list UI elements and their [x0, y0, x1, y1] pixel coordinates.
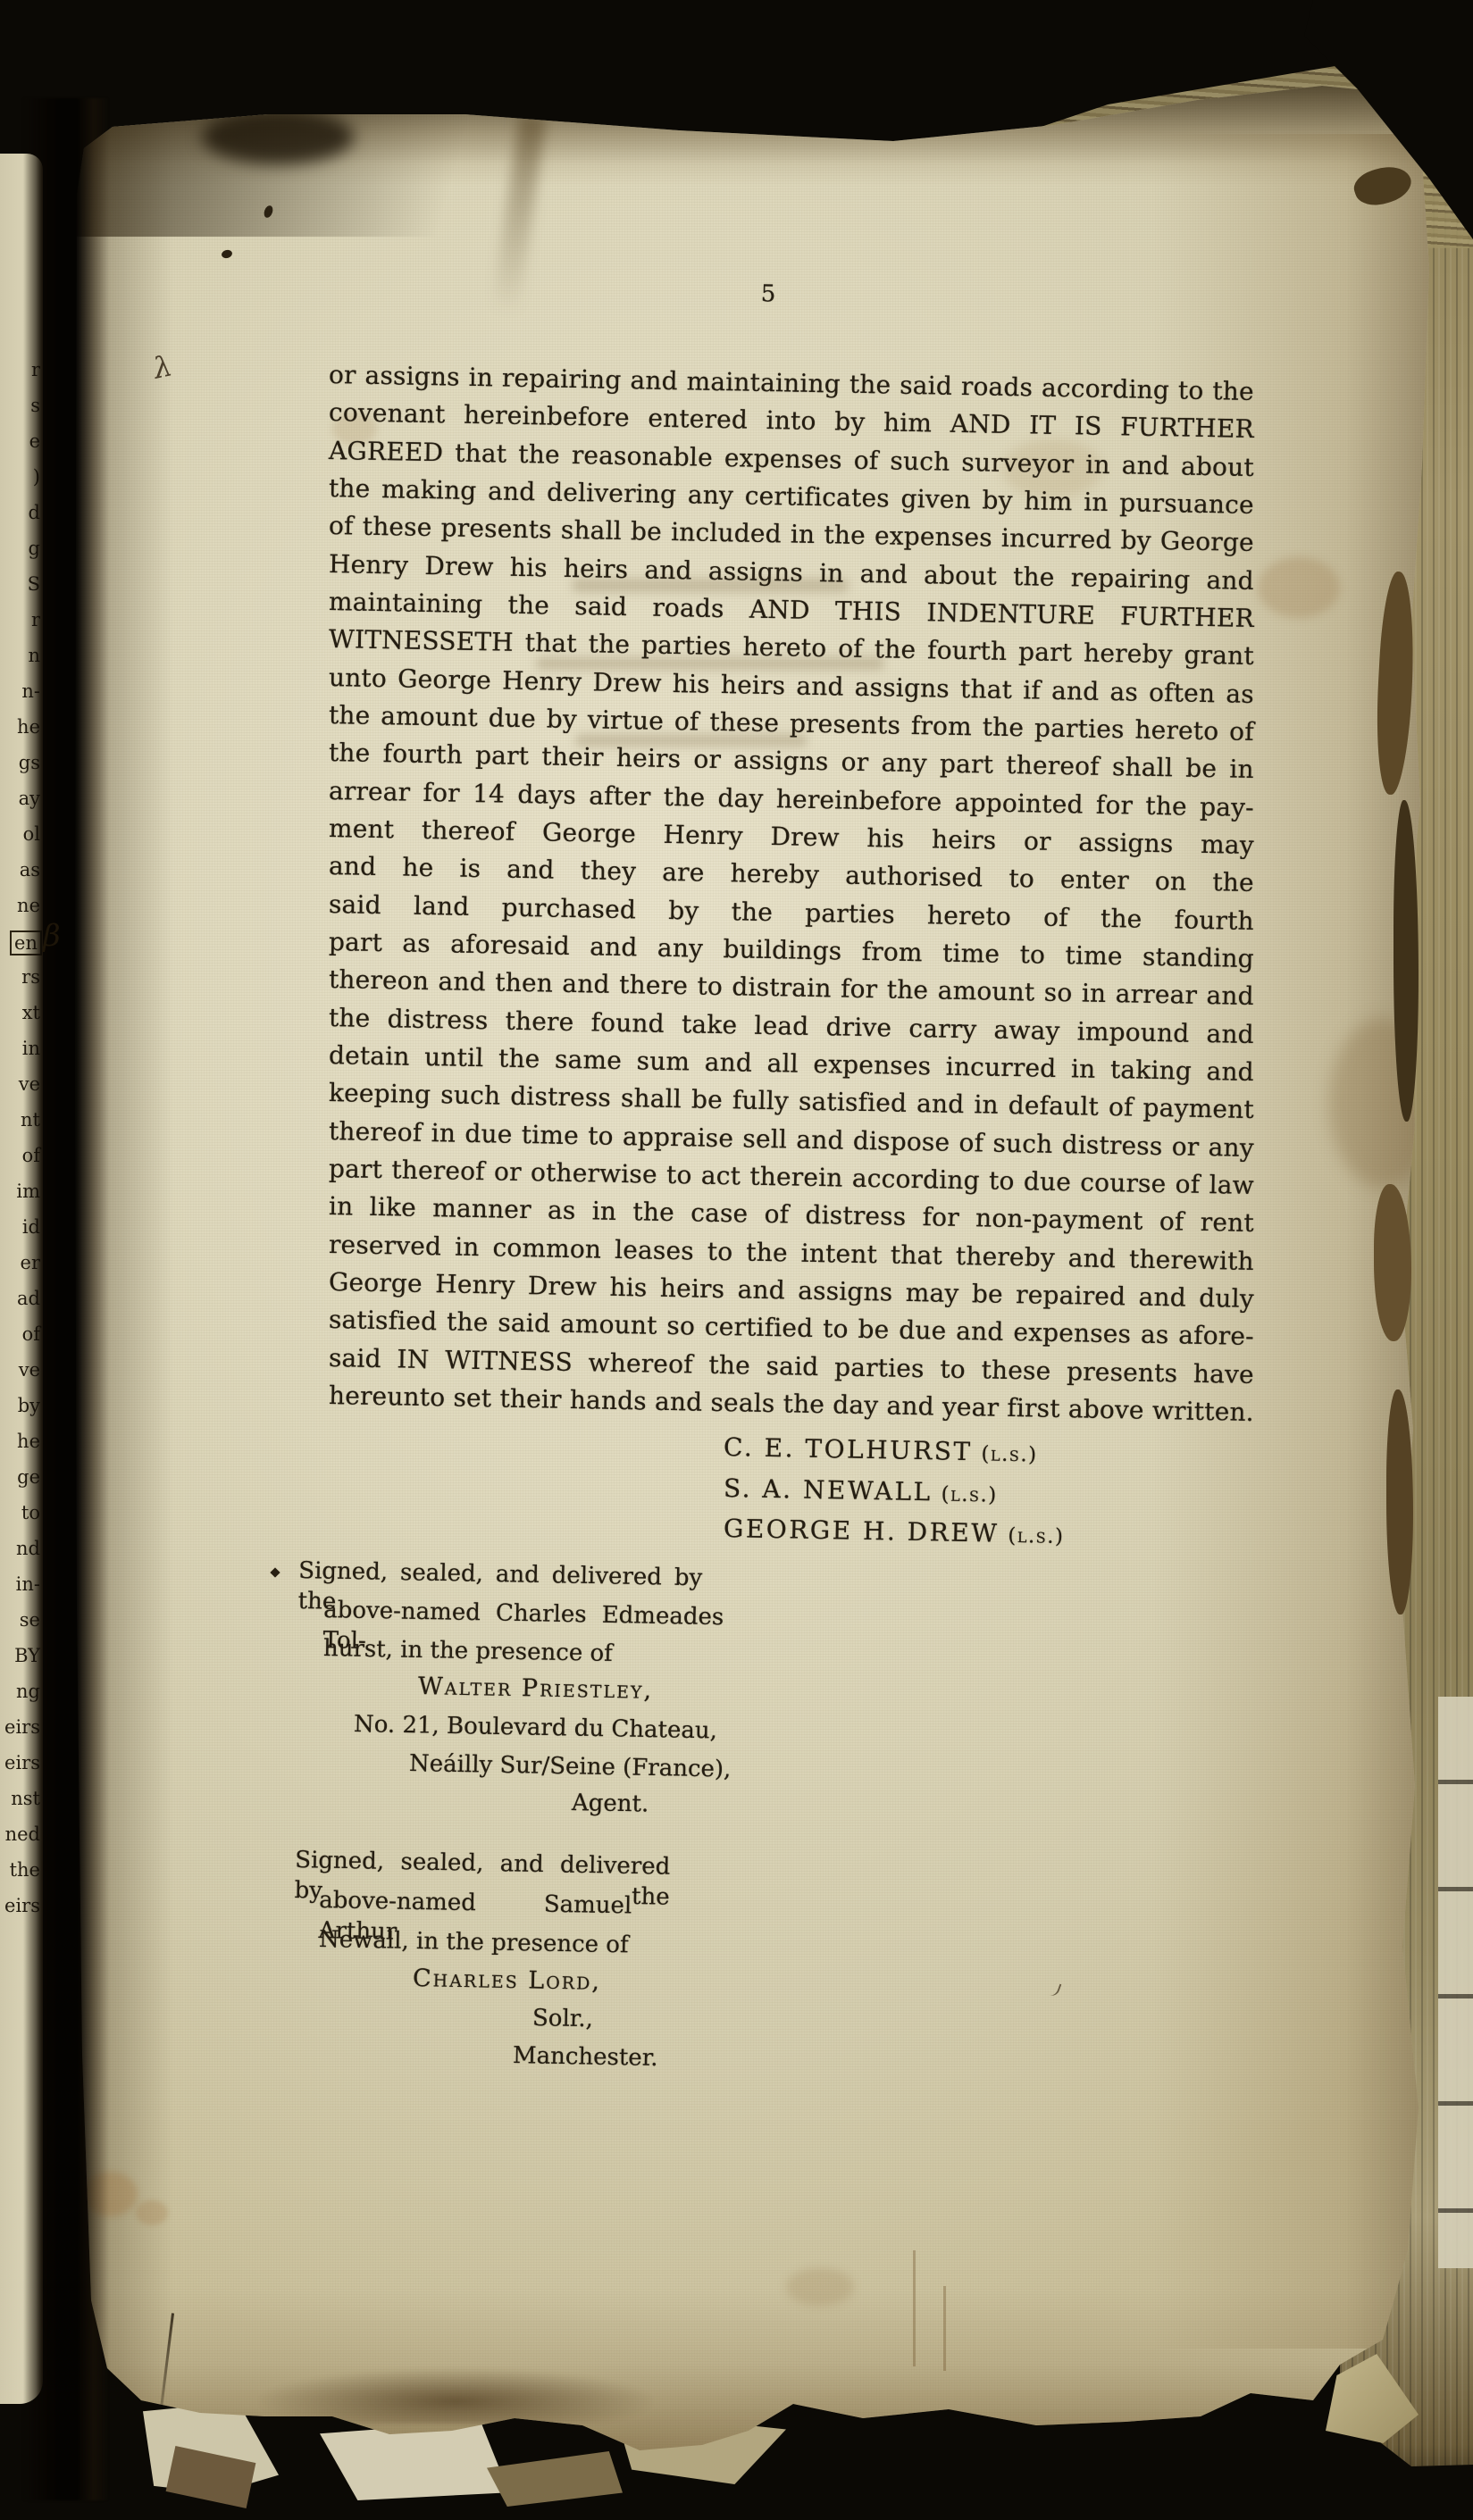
margin-fragment: xt	[0, 1002, 40, 1023]
margin-fragment: r	[0, 609, 40, 630]
witness-occupation: Agent.	[572, 1788, 649, 1820]
bottom-edge-stain	[259, 2368, 652, 2424]
margin-fragment: ge	[0, 1466, 40, 1488]
margin-fragment: ve	[0, 1359, 40, 1381]
margin-fragment: er	[0, 1252, 40, 1273]
handwritten-dot	[270, 1567, 280, 1577]
handwritten-mark: β	[43, 918, 61, 954]
handwritten-mark: λ	[150, 348, 175, 385]
ink-speck	[263, 204, 274, 219]
margin-fragment: he	[0, 1431, 40, 1452]
witness-address: Neáilly Sur/Seine (France),	[409, 1748, 732, 1785]
margin-fragment: n	[0, 645, 40, 666]
fox-spot	[82, 2172, 138, 2216]
margin-fragment: eirs	[0, 1752, 40, 1773]
witness-occupation: Solr.,	[532, 2003, 594, 2034]
signatory-name: S. A. NEWALL	[724, 1473, 933, 1506]
stain-blotch	[202, 109, 354, 164]
witness-name: Charles Lord,	[413, 1964, 602, 1998]
margin-fragment: ned	[0, 1823, 40, 1845]
margin-fragment: n-	[0, 680, 40, 702]
margin-fragment: )	[0, 466, 40, 488]
margin-fragment: s	[0, 395, 40, 416]
margin-fragment: S	[0, 573, 40, 595]
witness-address: No. 21, Boulevard du Chateau,	[354, 1709, 718, 1746]
gutter-toning	[75, 125, 173, 2420]
margin-fragment: rs	[0, 966, 40, 988]
fox-spot	[136, 2200, 168, 2225]
bottom-edge-toning	[77, 2286, 1417, 2456]
margin-fragment: of	[0, 1323, 40, 1345]
margin-fragment: ay	[0, 788, 40, 809]
document-page: 5 or assigns in repairing and maintainin…	[0, 0, 1473, 2520]
margin-fragment: r	[0, 359, 40, 380]
margin-fragment: he	[0, 716, 40, 738]
margin-fragment: the	[0, 1859, 40, 1881]
handwritten-tick	[1049, 1982, 1062, 1998]
margin-fragment: ol	[0, 823, 40, 845]
witness-address: Manchester.	[513, 2040, 658, 2074]
margin-fragment: gs	[0, 752, 40, 773]
fox-spot	[1258, 557, 1340, 618]
ink-speck	[221, 249, 233, 260]
margin-fragment: nst	[0, 1788, 40, 1809]
margin-fragment: im	[0, 1181, 40, 1202]
under-page-fragment	[320, 2422, 509, 2500]
margin-fragment: se	[0, 1609, 40, 1631]
attestation-line: hurst, in the presence of	[323, 1633, 613, 1669]
margin-fragment: en	[10, 930, 42, 955]
margin-fragment: g	[0, 538, 40, 559]
stain-streak	[481, 113, 547, 391]
stain-drip	[913, 2250, 916, 2366]
margin-fragment: nd	[0, 1538, 40, 1559]
under-page-fragment	[487, 2451, 623, 2507]
protruding-leaf-edge	[1438, 1697, 1473, 2268]
signature-line: C. E. TOLHURST(l.s.)	[724, 1432, 1038, 1467]
margin-fragment: ne	[0, 895, 40, 916]
signature-line: S. A. NEWALL(l.s.)	[724, 1473, 998, 1508]
signature-line: GEORGE H. DREW(l.s.)	[724, 1514, 1065, 1549]
margin-fragment: in-	[0, 1573, 40, 1595]
margin-fragment: e	[0, 430, 40, 452]
margin-fragment: ng	[0, 1681, 40, 1702]
facing-page-edge: rse)dgSrnn-hegsayolasneenrsxtinventofimi…	[0, 154, 43, 2404]
margin-fragment: ad	[0, 1288, 40, 1309]
margin-fragment: by	[0, 1395, 40, 1416]
fox-spot	[786, 2268, 854, 2306]
top-left-stain	[77, 85, 684, 237]
seal-abbreviation: (l.s.)	[1008, 1524, 1065, 1548]
margin-fragment: id	[0, 1216, 40, 1238]
margin-fragment: of	[0, 1145, 40, 1166]
witness-name: Walter Priestley,	[418, 1672, 633, 1706]
margin-fragment: eirs	[0, 1895, 40, 1916]
margin-fragment: nt	[0, 1109, 40, 1131]
margin-fragment: eirs	[0, 1716, 40, 1738]
seal-abbreviation: (l.s.)	[981, 1442, 1038, 1466]
signatory-name: GEORGE H. DREW	[724, 1514, 1000, 1548]
margin-fragment: ve	[0, 1073, 40, 1095]
stain-drip	[943, 2286, 946, 2371]
page-number: 5	[749, 280, 789, 308]
book-photo-stage: rse)dgSrnn-hegsayolasneenrsxtinventofimi…	[0, 0, 1473, 2520]
attestation-line: Newall, in the presence of	[319, 1924, 629, 1960]
margin-fragment: d	[0, 502, 40, 523]
margin-fragment: as	[0, 859, 40, 880]
margin-fragment: in	[0, 1038, 40, 1059]
margin-fragment: to	[0, 1502, 40, 1523]
signatory-name: C. E. TOLHURST	[724, 1432, 973, 1466]
margin-fragment: BY	[0, 1645, 40, 1666]
seal-abbreviation: (l.s.)	[941, 1482, 998, 1506]
